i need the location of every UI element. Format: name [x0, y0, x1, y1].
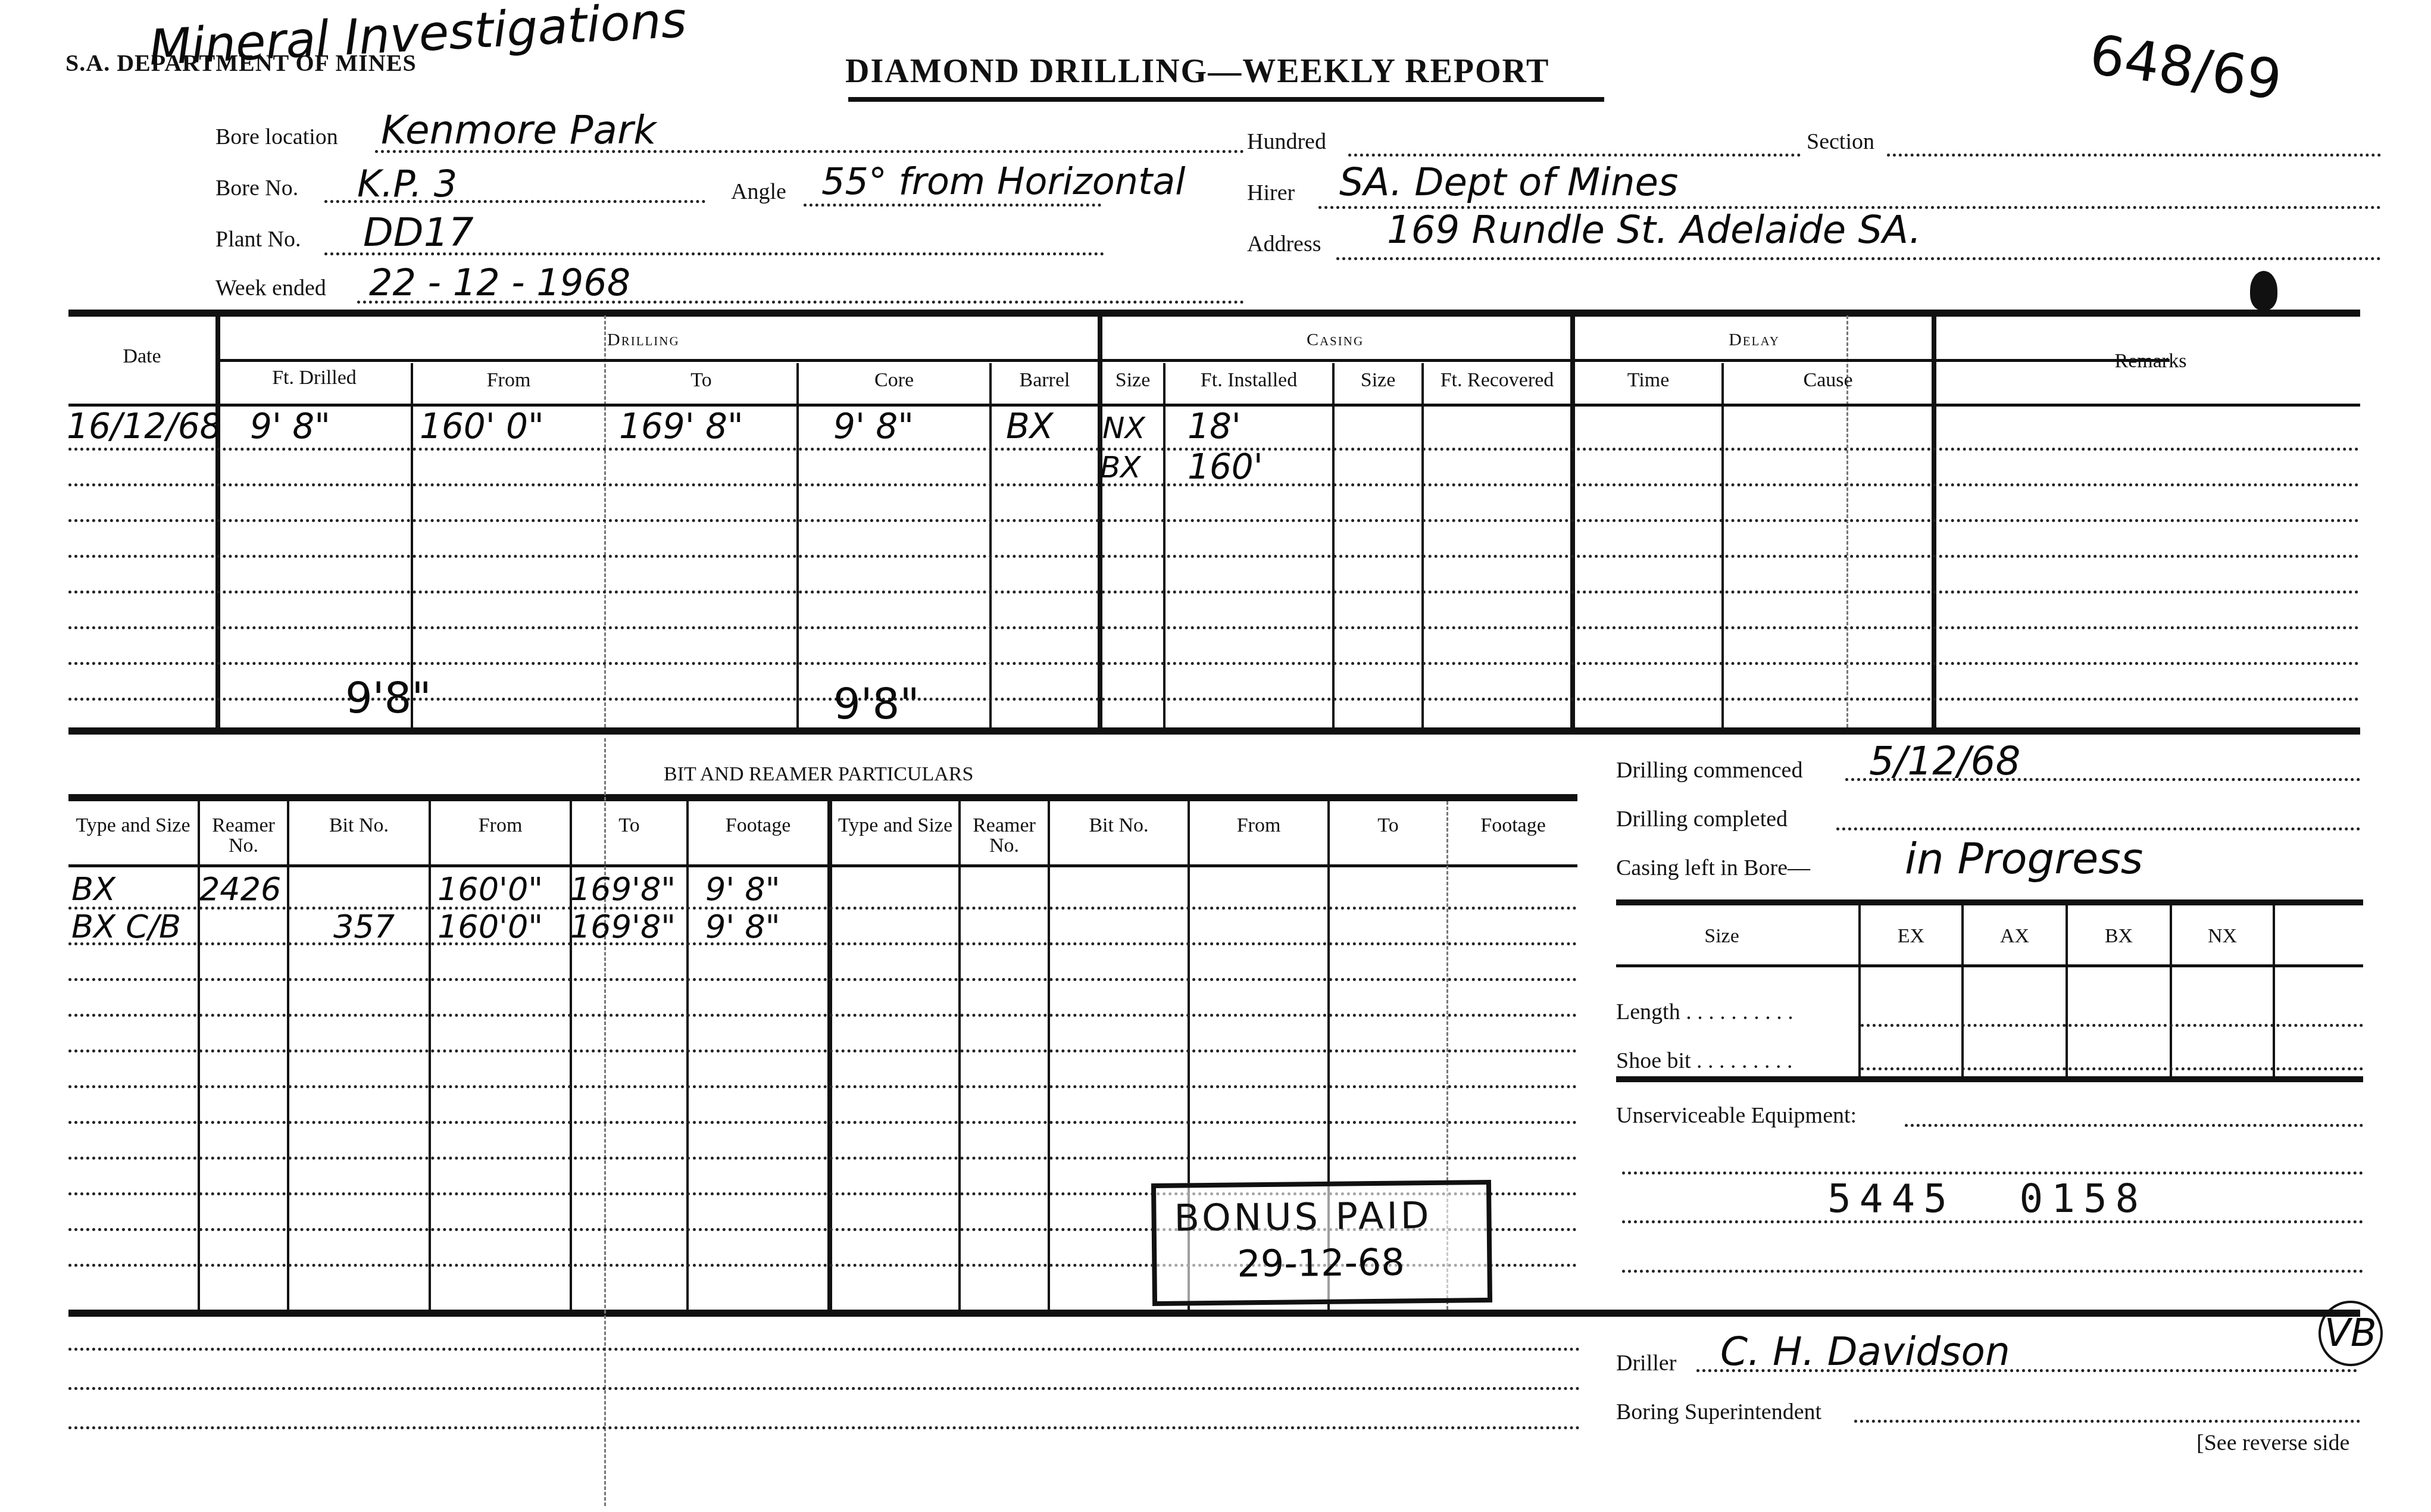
boring-superintendent-line[interactable]	[1854, 1420, 2360, 1423]
col-divider	[686, 801, 689, 1310]
unserviceable-line-3[interactable]	[1622, 1220, 2363, 1223]
date-header: Date	[68, 346, 215, 367]
row2-casing-size[interactable]: BX	[1100, 450, 1141, 485]
bit-footage-header-2: Footage	[1449, 816, 1577, 836]
casing-size-ax: AX	[1964, 926, 2066, 946]
col-divider	[1421, 363, 1424, 727]
casing-size-header: Size	[1102, 370, 1163, 391]
week-ended-label: Week ended	[215, 275, 326, 301]
row1-barrel[interactable]: BX	[1006, 406, 1054, 446]
core-header: Core	[799, 370, 989, 391]
unserviceable-line-2[interactable]	[1622, 1172, 2363, 1174]
drilling-group-header: Drilling	[607, 331, 726, 349]
bit-row-line	[68, 1049, 1577, 1052]
bore-no-field[interactable]: K.P. 3	[357, 162, 457, 205]
row-line	[68, 626, 2360, 629]
col-divider	[958, 801, 961, 1310]
bore-location-field[interactable]: Kenmore Park	[381, 107, 656, 153]
ft-drilled-header: Ft. Drilled	[218, 368, 411, 388]
from-header: From	[413, 370, 604, 391]
driller-signature[interactable]: C. H. Davidson	[1720, 1329, 2010, 1374]
bit-no-header: Bit No.	[289, 816, 429, 836]
bit-row-line	[68, 1121, 1577, 1124]
bit-table-title: BIT AND REAMER PARTICULARS	[664, 763, 973, 786]
bit-type-size-header-2: Type and Size	[832, 816, 958, 836]
col-divider	[287, 801, 289, 1310]
driller-line	[1696, 1369, 2357, 1372]
boring-superintendent-label: Boring Superintendent	[1616, 1399, 1821, 1425]
bit-row2-type-size[interactable]: BX C/B	[71, 908, 181, 945]
bit-table-bottom-rule	[68, 1310, 2360, 1317]
notes-line[interactable]	[68, 1348, 1580, 1351]
driller-label: Driller	[1616, 1350, 1676, 1376]
hirer-label: Hirer	[1247, 180, 1295, 206]
initials: VB	[2318, 1301, 2383, 1366]
ft-installed-header: Ft. Installed	[1165, 370, 1332, 391]
stamp-number: 5445 0158	[1827, 1176, 2147, 1222]
row1-from[interactable]: 160' 0"	[420, 406, 544, 446]
hundred-line[interactable]	[1348, 154, 1801, 157]
bit-to-header: To	[572, 816, 686, 836]
bit-row1-to[interactable]: 169'8"	[570, 870, 676, 908]
reverse-side-note: [See reverse side	[2196, 1430, 2349, 1456]
length-label: Length . . . . . . . . . .	[1616, 999, 1793, 1025]
drilling-table-bottom-rule	[68, 727, 2360, 735]
ft-recovered-header: Ft. Recovered	[1424, 370, 1570, 391]
address-label: Address	[1247, 231, 1321, 257]
row1-ft-installed[interactable]: 18'	[1188, 406, 1241, 446]
week-ended-field[interactable]: 22 - 12 - 1968	[369, 261, 630, 304]
col-divider	[1048, 801, 1050, 1310]
delay-group-header: Delay	[1573, 331, 1936, 349]
bit-no-header-2: Bit No.	[1050, 816, 1188, 836]
delay-cause-header: Cause	[1724, 370, 1932, 391]
barrel-header: Barrel	[992, 370, 1098, 391]
title-underline	[848, 97, 1604, 102]
bit-reamer-no-header: Reamer No.	[200, 816, 287, 856]
bit-row-line	[68, 942, 1577, 945]
bore-location-line	[375, 150, 1244, 153]
drilling-completed-line[interactable]	[1836, 827, 2360, 830]
stamp-label: BONUS PAID	[1174, 1194, 1432, 1240]
drilling-commenced-line	[1845, 778, 2360, 781]
casing-table-bottom-rule	[1616, 1076, 2363, 1082]
hundred-label: Hundred	[1247, 129, 1326, 155]
section-label: Section	[1807, 129, 1874, 155]
address-field[interactable]: 169 Rundle St. Adelaide SA.	[1387, 208, 1921, 252]
bit-to-header-2: To	[1330, 816, 1446, 836]
remarks-header: Remarks	[1936, 351, 2365, 371]
row2-ft-installed[interactable]: 160'	[1188, 446, 1263, 487]
drilling-commenced-field[interactable]: 5/12/68	[1869, 738, 2020, 784]
col-divider	[2273, 905, 2275, 1076]
angle-field[interactable]: 55° from Horizontal	[821, 160, 1186, 203]
address-line	[1336, 257, 2381, 260]
unserviceable-line[interactable]	[1905, 1124, 2363, 1127]
handwritten-annotation: Mineral Investigations	[148, 0, 688, 77]
bit-row1-type-size[interactable]: BX	[71, 870, 115, 908]
bit-table-top-rule	[68, 794, 1577, 801]
unserviceable-label: Unserviceable Equipment:	[1616, 1102, 1857, 1129]
bit-header-rule	[68, 864, 1577, 867]
col-divider	[989, 363, 992, 727]
bit-row-line	[68, 1085, 1577, 1088]
shoe-bit-line[interactable]	[1861, 1067, 2363, 1070]
unserviceable-line-4[interactable]	[1622, 1270, 2363, 1273]
notes-line[interactable]	[68, 1387, 1580, 1390]
casing-size-ex: EX	[1861, 926, 1961, 946]
ink-blot	[2250, 271, 2277, 310]
casing-header-rule	[1616, 964, 2363, 967]
plant-no-label: Plant No.	[215, 226, 301, 252]
col-divider	[827, 801, 832, 1310]
stamp-date: 29-12-68	[1237, 1241, 1405, 1286]
row1-ft-drilled[interactable]: 9' 8"	[250, 406, 330, 446]
casing-left-field[interactable]: in Progress	[1905, 833, 2143, 883]
bore-location-label: Bore location	[215, 124, 338, 150]
bit-row-line	[68, 1014, 1577, 1017]
bit-from-header-2: From	[1190, 816, 1327, 836]
row-line	[68, 519, 2360, 522]
notes-line[interactable]	[68, 1426, 1580, 1429]
delay-time-header: Time	[1575, 370, 1721, 391]
bit-footage-header: Footage	[689, 816, 827, 836]
row-line	[68, 591, 2360, 593]
bore-no-label: Bore No.	[215, 175, 298, 201]
bit-row-line	[68, 907, 1577, 910]
plant-no-line	[324, 252, 1104, 255]
bit-row2-to[interactable]: 169'8"	[570, 908, 676, 945]
col-divider	[796, 363, 799, 727]
row1-casing-size[interactable]: NX	[1102, 411, 1145, 445]
bit-row2-bit-no[interactable]: 357	[333, 908, 395, 945]
angle-line	[804, 204, 1101, 207]
col-divider	[1163, 363, 1165, 727]
section-line[interactable]	[1887, 154, 2381, 157]
length-line[interactable]	[1861, 1024, 2363, 1027]
col-divider	[1332, 363, 1335, 727]
row-line	[68, 555, 2360, 558]
row-line	[68, 662, 2360, 665]
bonus-paid-stamp: BONUS PAID 29-12-68	[1151, 1180, 1492, 1306]
shoe-bit-label: Shoe bit . . . . . . . . .	[1616, 1048, 1793, 1074]
week-ended-line	[357, 301, 1244, 304]
header-subrule	[218, 359, 2170, 362]
row1-date[interactable]: 16/12/68	[67, 406, 222, 446]
page-title: DIAMOND DRILLING—WEEKLY REPORT	[845, 52, 1549, 90]
bit-row2-footage[interactable]: 9' 8"	[705, 908, 780, 945]
casing-size-rec-header: Size	[1335, 370, 1421, 391]
bit-type-size-header: Type and Size	[68, 816, 198, 836]
col-divider	[1721, 363, 1724, 727]
to-header: To	[606, 370, 796, 391]
plant-no-field[interactable]: DD17	[363, 210, 474, 255]
bit-row1-from[interactable]: 160'0"	[438, 870, 543, 908]
drilling-table-top-rule	[68, 310, 2360, 317]
bit-row1-footage[interactable]: 9' 8"	[705, 870, 780, 908]
drilling-completed-label: Drilling completed	[1616, 806, 1788, 832]
casing-size-nx: NX	[2172, 926, 2273, 946]
bit-from-header: From	[431, 816, 570, 836]
bit-row-line	[68, 1157, 1577, 1160]
angle-label: Angle	[731, 179, 786, 205]
casing-group-header: Casing	[1100, 331, 1570, 349]
casing-table-top-rule	[1616, 899, 2363, 905]
bit-row-line	[68, 978, 1577, 981]
bit-row2-from[interactable]: 160'0"	[438, 908, 543, 945]
bit-row1-reamer-no[interactable]: 2426	[199, 870, 281, 908]
casing-size-label: Size	[1616, 926, 1827, 946]
total-ft-drilled: 9'8"	[345, 673, 432, 723]
row1-core[interactable]: 9' 8"	[833, 406, 914, 446]
drilling-commenced-label: Drilling commenced	[1616, 757, 1802, 783]
file-number: 648/69	[2086, 23, 2285, 113]
bit-reamer-no-header-2: Reamer No.	[961, 816, 1048, 856]
casing-size-bx: BX	[2068, 926, 2170, 946]
bore-no-line	[324, 200, 705, 203]
hirer-field[interactable]: SA. Dept of Mines	[1339, 161, 1678, 205]
row1-to[interactable]: 169' 8"	[619, 406, 743, 446]
col-divider	[429, 801, 431, 1310]
total-core: 9'8"	[833, 679, 920, 729]
casing-left-label: Casing left in Bore—	[1616, 855, 1810, 881]
